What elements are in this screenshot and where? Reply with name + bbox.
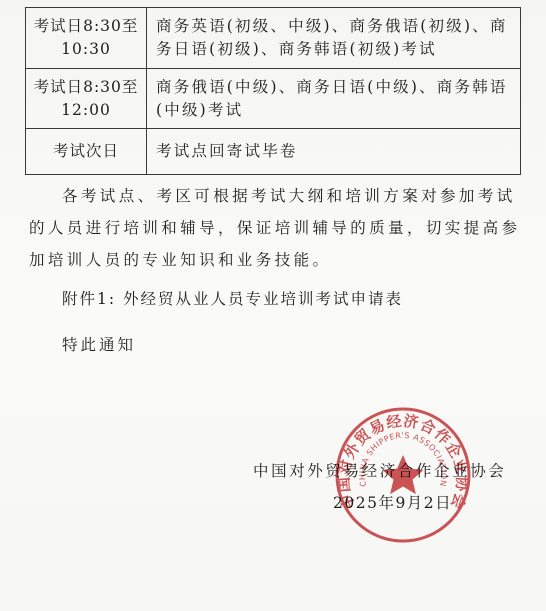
time-cell: 考试日8:30至 10:30 (26, 8, 147, 69)
time-cell: 考试日8:30至 12:00 (26, 69, 147, 129)
closing-line: 特此通知 (62, 333, 136, 355)
table-row: 考试次日 考试点回寄试毕卷 (26, 129, 521, 175)
official-seal-icon: 中国对外贸易经济合作企业协会 CHINA SHIPPER'S ASSOCIATI… (333, 405, 473, 545)
table-row: 考试日8:30至 10:30 商务英语(初级、中级)、商务俄语(初级)、商务日语… (26, 8, 521, 69)
time-line: 12:00 (27, 99, 145, 122)
body-paragraph: 各考试点、考区可根据考试大纲和培训方案对参加考试的人员进行培训和辅导，保证培训辅… (29, 180, 521, 276)
time-line: 考试次日 (27, 140, 145, 163)
exam-schedule-table: 考试日8:30至 10:30 商务英语(初级、中级)、商务俄语(初级)、商务日语… (25, 7, 521, 175)
description-cell: 商务俄语(中级)、商务日语(中级)、商务韩语(中级)考试 (147, 69, 521, 129)
time-cell: 考试次日 (26, 129, 147, 175)
time-line: 10:30 (27, 38, 145, 61)
description-cell: 商务英语(初级、中级)、商务俄语(初级)、商务日语(初级)、商务韩语(初级)考试 (147, 8, 521, 69)
document-page: 考试日8:30至 10:30 商务英语(初级、中级)、商务俄语(初级)、商务日语… (0, 0, 546, 611)
description-cell: 考试点回寄试毕卷 (147, 129, 521, 175)
table-row: 考试日8:30至 12:00 商务俄语(中级)、商务日语(中级)、商务韩语(中级… (26, 69, 521, 129)
time-line: 考试日8:30至 (27, 15, 145, 38)
star-icon (382, 455, 423, 494)
attachment-line: 附件1: 外经贸从业人员专业培训考试申请表 (62, 287, 403, 309)
time-line: 考试日8:30至 (27, 76, 145, 99)
